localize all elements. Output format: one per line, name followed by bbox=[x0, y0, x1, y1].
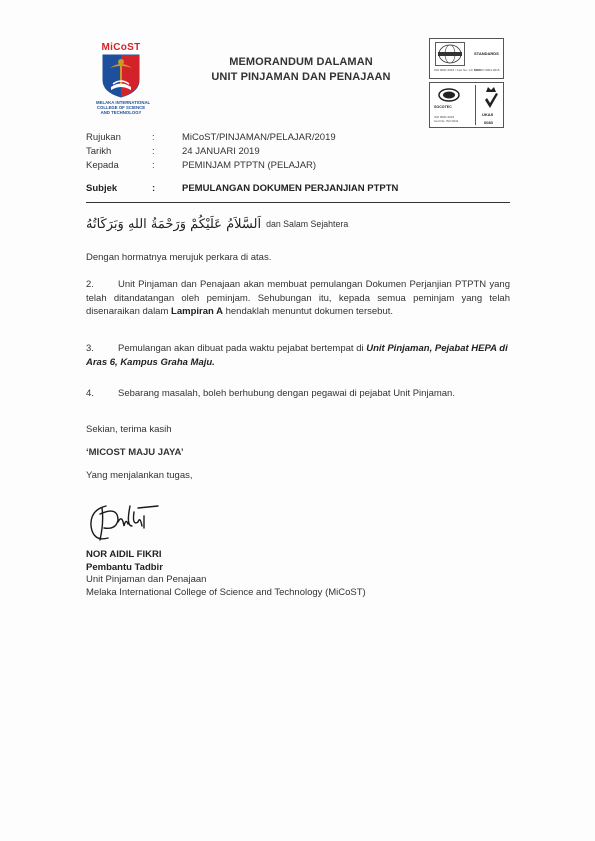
signatory-block: NOR AIDIL FIKRI Pembantu Tadbir Unit Pin… bbox=[86, 549, 366, 599]
meta-row-kepada: Kepada : PEMINJAM PTPTN (PELAJAR) bbox=[86, 159, 336, 173]
micost-logo: MiCoST MELAKA INTERNATIONAL COLLEGE OF S… bbox=[96, 42, 146, 115]
memo-date: 24 JANUARI 2019 bbox=[182, 145, 260, 159]
memo-subject: Subjek : PEMULANGAN DOKUMEN PERJANJIAN P… bbox=[86, 183, 398, 194]
motto: ‘MICOST MAJU JAYA’ bbox=[86, 446, 510, 460]
paragraph-3: 3.Pemulangan akan dibuat pada waktu peja… bbox=[86, 342, 510, 369]
subject-value: PEMULANGAN DOKUMEN PERJANJIAN PTPTN bbox=[182, 183, 398, 194]
socotec-label: SOCOTEC bbox=[434, 105, 452, 109]
certification-badges: STANDARDS ISO 9001:2015 / Cert No: CC 01… bbox=[429, 38, 504, 128]
ukas-number: 0083 bbox=[484, 120, 493, 125]
shield-emblem-icon bbox=[102, 54, 140, 98]
paragraph-1: Dengan hormatnya merujuk perkara di atas… bbox=[86, 251, 510, 265]
greeting: اَلسَّلاَمُ عَلَيْكُمْ وَرَحْمَةُ اللهِ … bbox=[86, 218, 510, 232]
globe-icon bbox=[435, 42, 465, 66]
lampiran-reference: Lampiran A bbox=[171, 306, 223, 317]
cert2-text: MS ISO 9001:2015 bbox=[474, 69, 500, 73]
paragraph-2: 2.Unit Pinjaman dan Penajaan akan membua… bbox=[86, 278, 510, 319]
signatory-institution: Melaka International College of Science … bbox=[86, 587, 366, 600]
paragraph-4: 4.Sebarang masalah, boleh berhubung deng… bbox=[86, 387, 510, 401]
title-line-2: UNIT PINJAMAN DAN PENAJAAN bbox=[196, 70, 406, 85]
title-line-1: MEMORANDUM DALAMAN bbox=[196, 55, 406, 70]
divider bbox=[86, 202, 510, 203]
signatory-name: NOR AIDIL FIKRI bbox=[86, 549, 366, 562]
meta-row-tarikh: Tarikh : 24 JANUARI 2019 bbox=[86, 145, 336, 159]
ukas-label: UKAS bbox=[482, 112, 493, 117]
memo-meta: Rujukan : MiCoST/PINJAMAN/PELAJAR/2019 T… bbox=[86, 131, 336, 173]
reference-number: MiCoST/PINJAMAN/PELAJAR/2019 bbox=[182, 131, 336, 145]
closing-thanks: Sekian, terima kasih bbox=[86, 423, 510, 437]
ukas-certification-box: SOCOTEC ISO 9001:2015 Cert No: ISV 0041 … bbox=[429, 82, 504, 128]
signature-icon bbox=[88, 500, 168, 546]
ukas-crown-check-icon bbox=[483, 86, 499, 111]
arabic-greeting: اَلسَّلاَمُ عَلَيْكُمْ وَرَحْمَةُ اللهِ … bbox=[86, 218, 261, 232]
meta-row-rujukan: Rujukan : MiCoST/PINJAMAN/PELAJAR/2019 bbox=[86, 131, 336, 145]
cert-number: Cert No: ISV 0041 bbox=[434, 120, 458, 124]
signatory-position: Pembantu Tadbir bbox=[86, 562, 366, 575]
recipient: PEMINJAM PTPTN (PELAJAR) bbox=[182, 159, 316, 173]
logo-caption: MELAKA INTERNATIONAL COLLEGE OF SCIENCE … bbox=[96, 100, 146, 115]
memo-page: MiCoST MELAKA INTERNATIONAL COLLEGE OF S… bbox=[0, 0, 595, 841]
signatory-unit: Unit Pinjaman dan Penajaan bbox=[86, 574, 366, 587]
logo-name: MiCoST bbox=[96, 42, 146, 53]
memo-title: MEMORANDUM DALAMAN UNIT PINJAMAN DAN PEN… bbox=[196, 55, 406, 85]
standards-label: STANDARDS bbox=[474, 51, 499, 56]
socotec-eye-icon bbox=[438, 88, 460, 102]
closing-line: Yang menjalankan tugas, bbox=[86, 469, 510, 483]
iso-certification-box: STANDARDS ISO 9001:2015 / Cert No: CC 01… bbox=[429, 38, 504, 79]
